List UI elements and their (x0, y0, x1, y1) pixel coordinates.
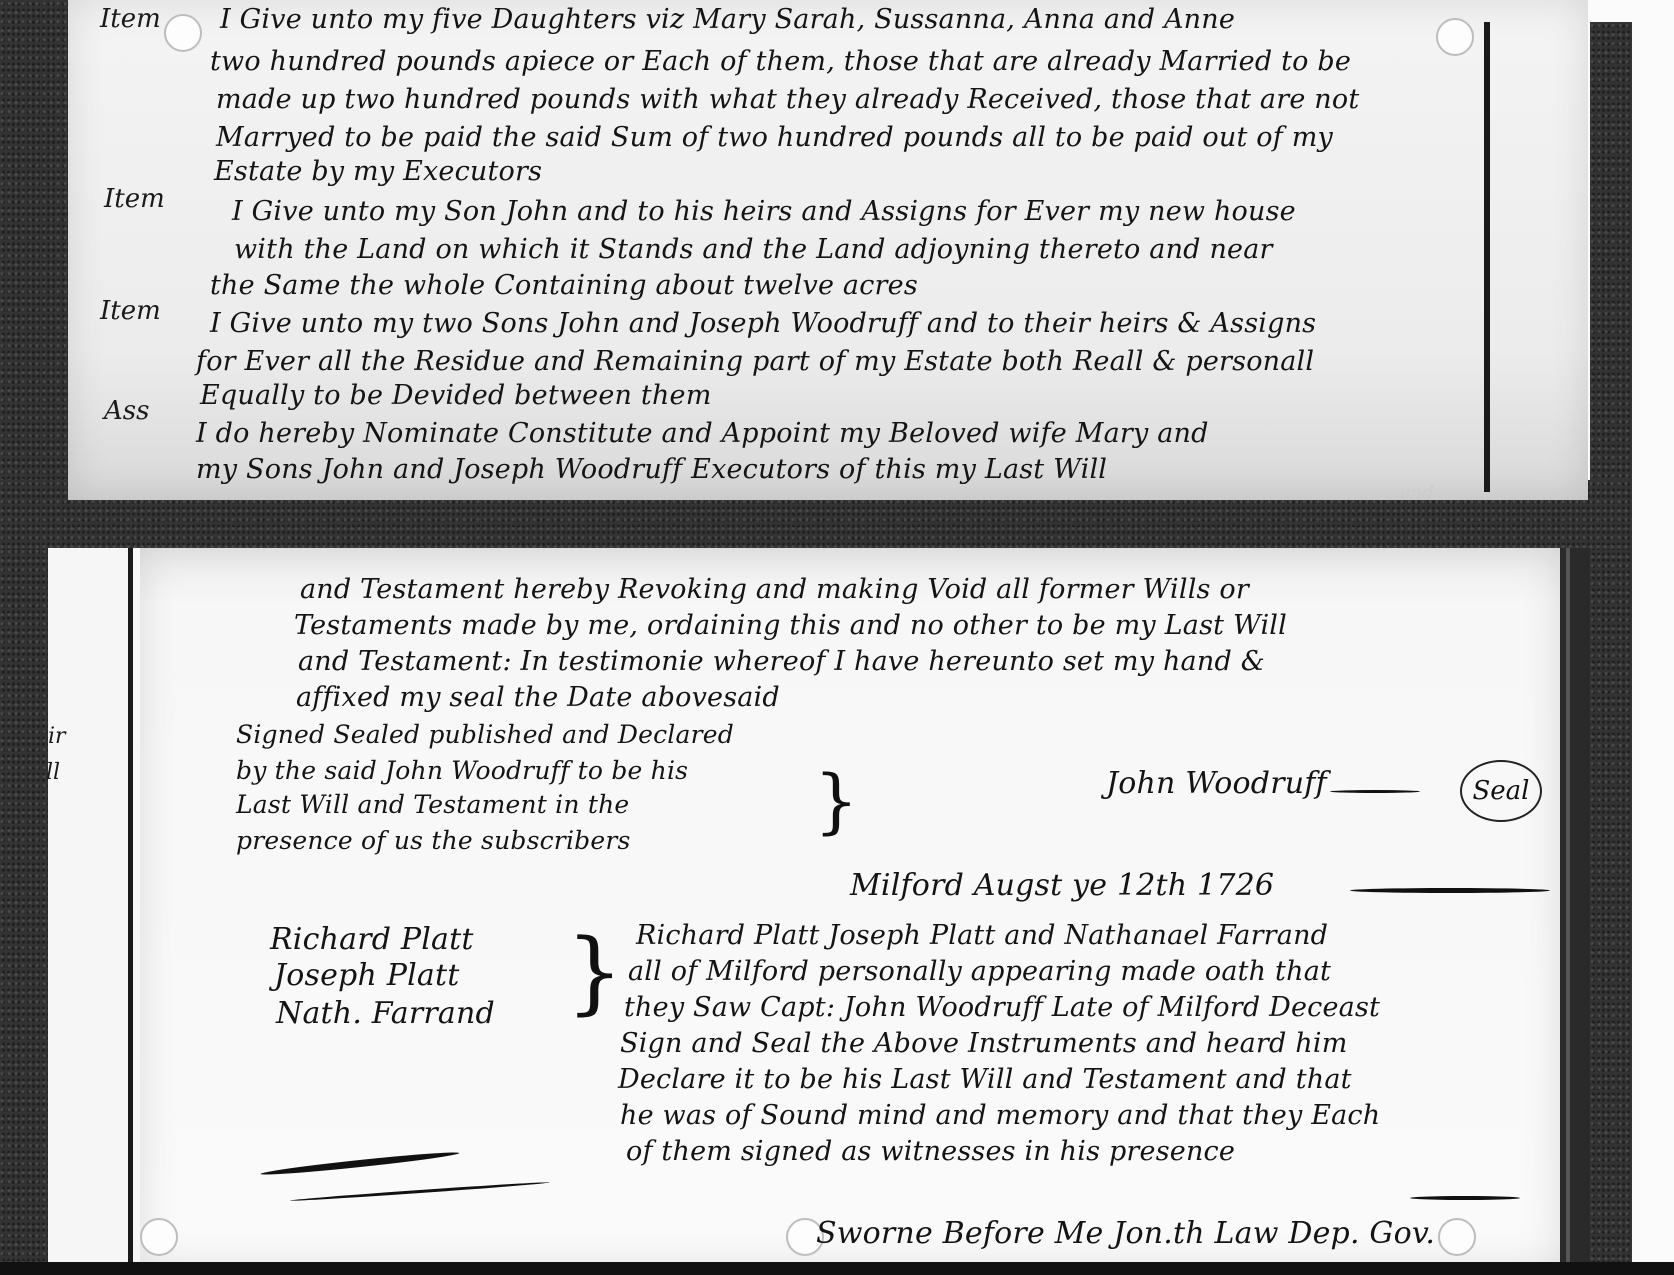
witness-signature: Richard Platt (270, 922, 474, 957)
scanned-document: Item Item Item Ass I Give unto my five D… (0, 0, 1674, 1275)
probate-line: Declare it to be his Last Will and Testa… (618, 1064, 1352, 1095)
will-line: I do hereby Nominate Constitute and Appo… (196, 418, 1209, 449)
margin-note-item: Item (104, 184, 165, 214)
margin-note-item: Item (100, 296, 161, 326)
scanner-bottom-edge (0, 1262, 1674, 1275)
probate-line: Sign and Seal the Above Instruments and … (620, 1028, 1348, 1059)
probate-line: Richard Platt Joseph Platt and Nathanael… (636, 920, 1328, 951)
will-line: made up two hundred pounds with what the… (216, 84, 1359, 115)
seal: Seal (1460, 760, 1542, 822)
margin-fragment: ir (48, 724, 66, 749)
will-line: Equally to be Devided between them (200, 380, 712, 411)
attestation-line: Last Will and Testament in the (236, 790, 629, 819)
scanner-left-edge (0, 0, 70, 548)
sworn-line: Sworne Before Me Jon.th Law Dep. Gov. (816, 1216, 1435, 1251)
signature-flourish (1330, 790, 1420, 793)
closing-flourish (1410, 1196, 1520, 1200)
punch-hole (164, 14, 202, 52)
will-line: two hundred pounds apiece or Each of the… (210, 46, 1351, 77)
will-line: Estate by my Executors (214, 156, 542, 187)
probate-heading: Milford Augst ye 12th 1726 (850, 868, 1274, 903)
will-line: with the Land on which it Stands and the… (234, 234, 1273, 265)
attestation-line: Signed Sealed published and Declared (236, 720, 734, 749)
probate-line: all of Milford personally appearing made… (628, 956, 1331, 987)
will-line: Testaments made by me, ordaining this an… (294, 610, 1287, 641)
attestation-line: presence of us the subscribers (236, 826, 631, 855)
punch-hole (1436, 18, 1474, 56)
lower-left-strip (48, 548, 140, 1268)
margin-fragment: ll (46, 760, 60, 785)
right-lower-edge (1560, 548, 1590, 1262)
margin-note-ass: Ass (104, 396, 149, 426)
probate-line: of them signed as witnesses in his prese… (626, 1136, 1235, 1167)
witness-brace: } (566, 920, 623, 1025)
probate-line: he was of Sound mind and memory and that… (620, 1100, 1380, 1131)
will-line: and Testament hereby Revoking and making… (300, 574, 1249, 605)
punch-hole (140, 1218, 178, 1256)
catchword: and (1400, 482, 1434, 503)
lower-left-margin-rule (128, 548, 133, 1262)
witness-signature: Nath. Farrand (276, 996, 495, 1031)
will-line: I Give unto my five Daughters viz Mary S… (220, 4, 1235, 35)
scanner-left-edge-lower (0, 548, 48, 1262)
scanner-right-edge (1590, 22, 1632, 1262)
punch-hole (1438, 1218, 1476, 1256)
attestation-line: by the said John Woodruff to be his (236, 756, 688, 785)
will-line: Marryed to be paid the said Sum of two h… (216, 122, 1333, 153)
will-line: my Sons John and Joseph Woodruff Executo… (196, 454, 1107, 485)
attestation-brace: } (814, 760, 859, 842)
probate-line: they Saw Capt: John Woodruff Late of Mil… (624, 992, 1380, 1023)
witness-signature: Joseph Platt (274, 958, 459, 993)
heading-flourish (1350, 888, 1550, 893)
will-line: and Testament: In testimonie whereof I h… (298, 646, 1265, 677)
will-line: the Same the whole Containing about twel… (210, 270, 918, 301)
will-line: I Give unto my Son John and to his heirs… (232, 196, 1296, 227)
testator-signature: John Woodruff (1106, 766, 1327, 801)
lower-right-margin-rule (1566, 548, 1570, 1262)
will-line: I Give unto my two Sons John and Joseph … (210, 308, 1316, 339)
margin-note-item: Item (100, 4, 161, 34)
upper-right-margin-rule (1484, 22, 1490, 492)
will-line: affixed my seal the Date abovesaid (296, 682, 780, 713)
will-line: for Ever all the Residue and Remaining p… (196, 346, 1314, 377)
